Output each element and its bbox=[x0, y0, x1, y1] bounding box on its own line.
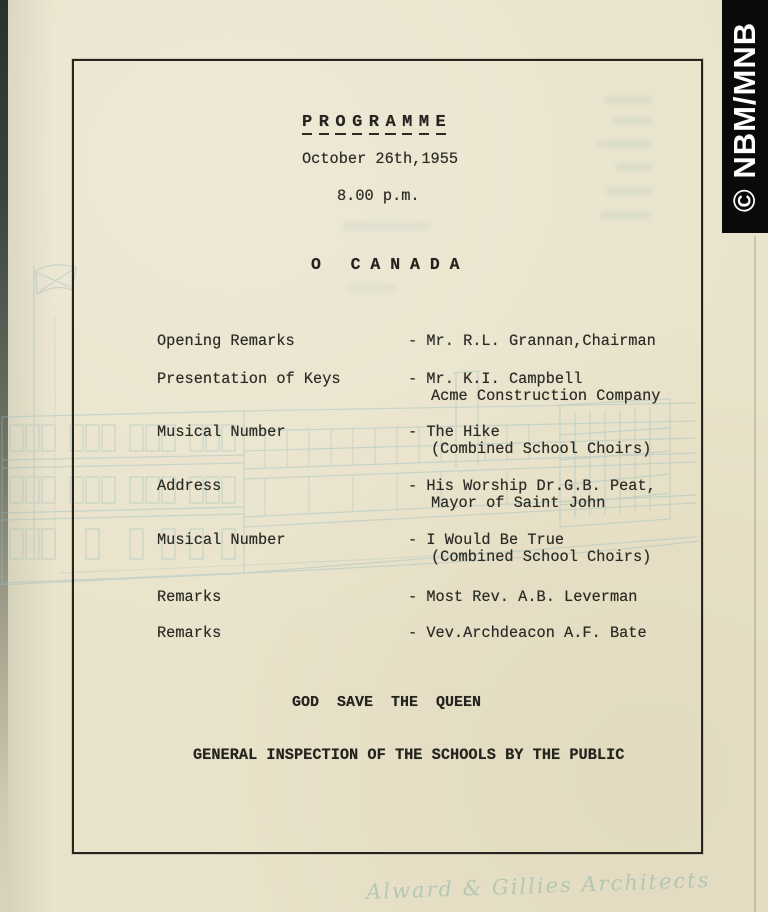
title-letter: M bbox=[402, 113, 412, 135]
item-label: Address bbox=[157, 478, 221, 495]
item-detail: - Mr. R.L. Grannan,Chairman bbox=[408, 333, 656, 350]
programme-item-row: Presentation of Keys - Mr. K.I. Campbell… bbox=[0, 371, 768, 407]
item-detail: - His Worship Dr.G.B. Peat, bbox=[408, 478, 656, 495]
title-letter: O bbox=[335, 113, 345, 135]
programme-item-row: Musical Number - The Hike (Combined Scho… bbox=[0, 424, 768, 460]
title-letter: G bbox=[352, 113, 362, 135]
scanned-programme-page: P R O G R A M M E October 26th,1955 8.00… bbox=[0, 0, 768, 912]
item-detail: - Vev.Archdeacon A.F. Bate bbox=[408, 625, 647, 642]
programme-item-row: Address - His Worship Dr.G.B. Peat, Mayo… bbox=[0, 478, 768, 514]
programme-title: P R O G R A M M E bbox=[302, 113, 452, 135]
item-detail: - Mr. K.I. Campbell bbox=[408, 371, 582, 388]
copyright-watermark: © NBM/MNB bbox=[722, 0, 768, 233]
title-letter: R bbox=[319, 113, 329, 135]
item-detail: - The Hike bbox=[408, 424, 500, 441]
item-label: Presentation of Keys bbox=[157, 371, 341, 388]
title-letter: M bbox=[419, 113, 429, 135]
programme-item-row: Opening Remarks - Mr. R.L. Grannan,Chair… bbox=[0, 333, 768, 369]
title-letter: E bbox=[436, 113, 446, 135]
inspection-notice: GENERAL INSPECTION OF THE SCHOOLS BY THE… bbox=[193, 747, 624, 764]
ghost-architect-signature: Alward & Gillies Architects bbox=[366, 868, 711, 904]
title-letter: R bbox=[369, 113, 379, 135]
programme-item-row: Musical Number - I Would Be True (Combin… bbox=[0, 532, 768, 568]
closing-anthem: GOD SAVE THE QUEEN bbox=[292, 694, 481, 711]
watermark-text: © NBM/MNB bbox=[727, 21, 763, 211]
title-letter: A bbox=[385, 113, 395, 135]
item-label: Musical Number bbox=[157, 424, 286, 441]
paper-right-edge bbox=[754, 236, 756, 912]
item-detail: - Most Rev. A.B. Leverman bbox=[408, 589, 638, 606]
item-label: Opening Remarks bbox=[157, 333, 295, 350]
item-detail-continued: (Combined School Choirs) bbox=[431, 441, 651, 458]
item-detail: - I Would Be True bbox=[408, 532, 564, 549]
event-time: 8.00 p.m. bbox=[337, 188, 420, 205]
item-detail-continued: Acme Construction Company bbox=[431, 388, 661, 405]
title-letter: P bbox=[302, 113, 312, 135]
item-label: Remarks bbox=[157, 589, 221, 606]
opening-anthem: O C A N A D A bbox=[311, 256, 460, 273]
event-date: October 26th,1955 bbox=[302, 151, 458, 168]
item-detail-continued: (Combined School Choirs) bbox=[431, 549, 651, 566]
item-label: Musical Number bbox=[157, 532, 286, 549]
programme-item-row: Remarks - Vev.Archdeacon A.F. Bate bbox=[0, 625, 768, 661]
item-label: Remarks bbox=[157, 625, 221, 642]
item-detail-continued: Mayor of Saint John bbox=[431, 495, 605, 512]
programme-item-row: Remarks - Most Rev. A.B. Leverman bbox=[0, 589, 768, 625]
